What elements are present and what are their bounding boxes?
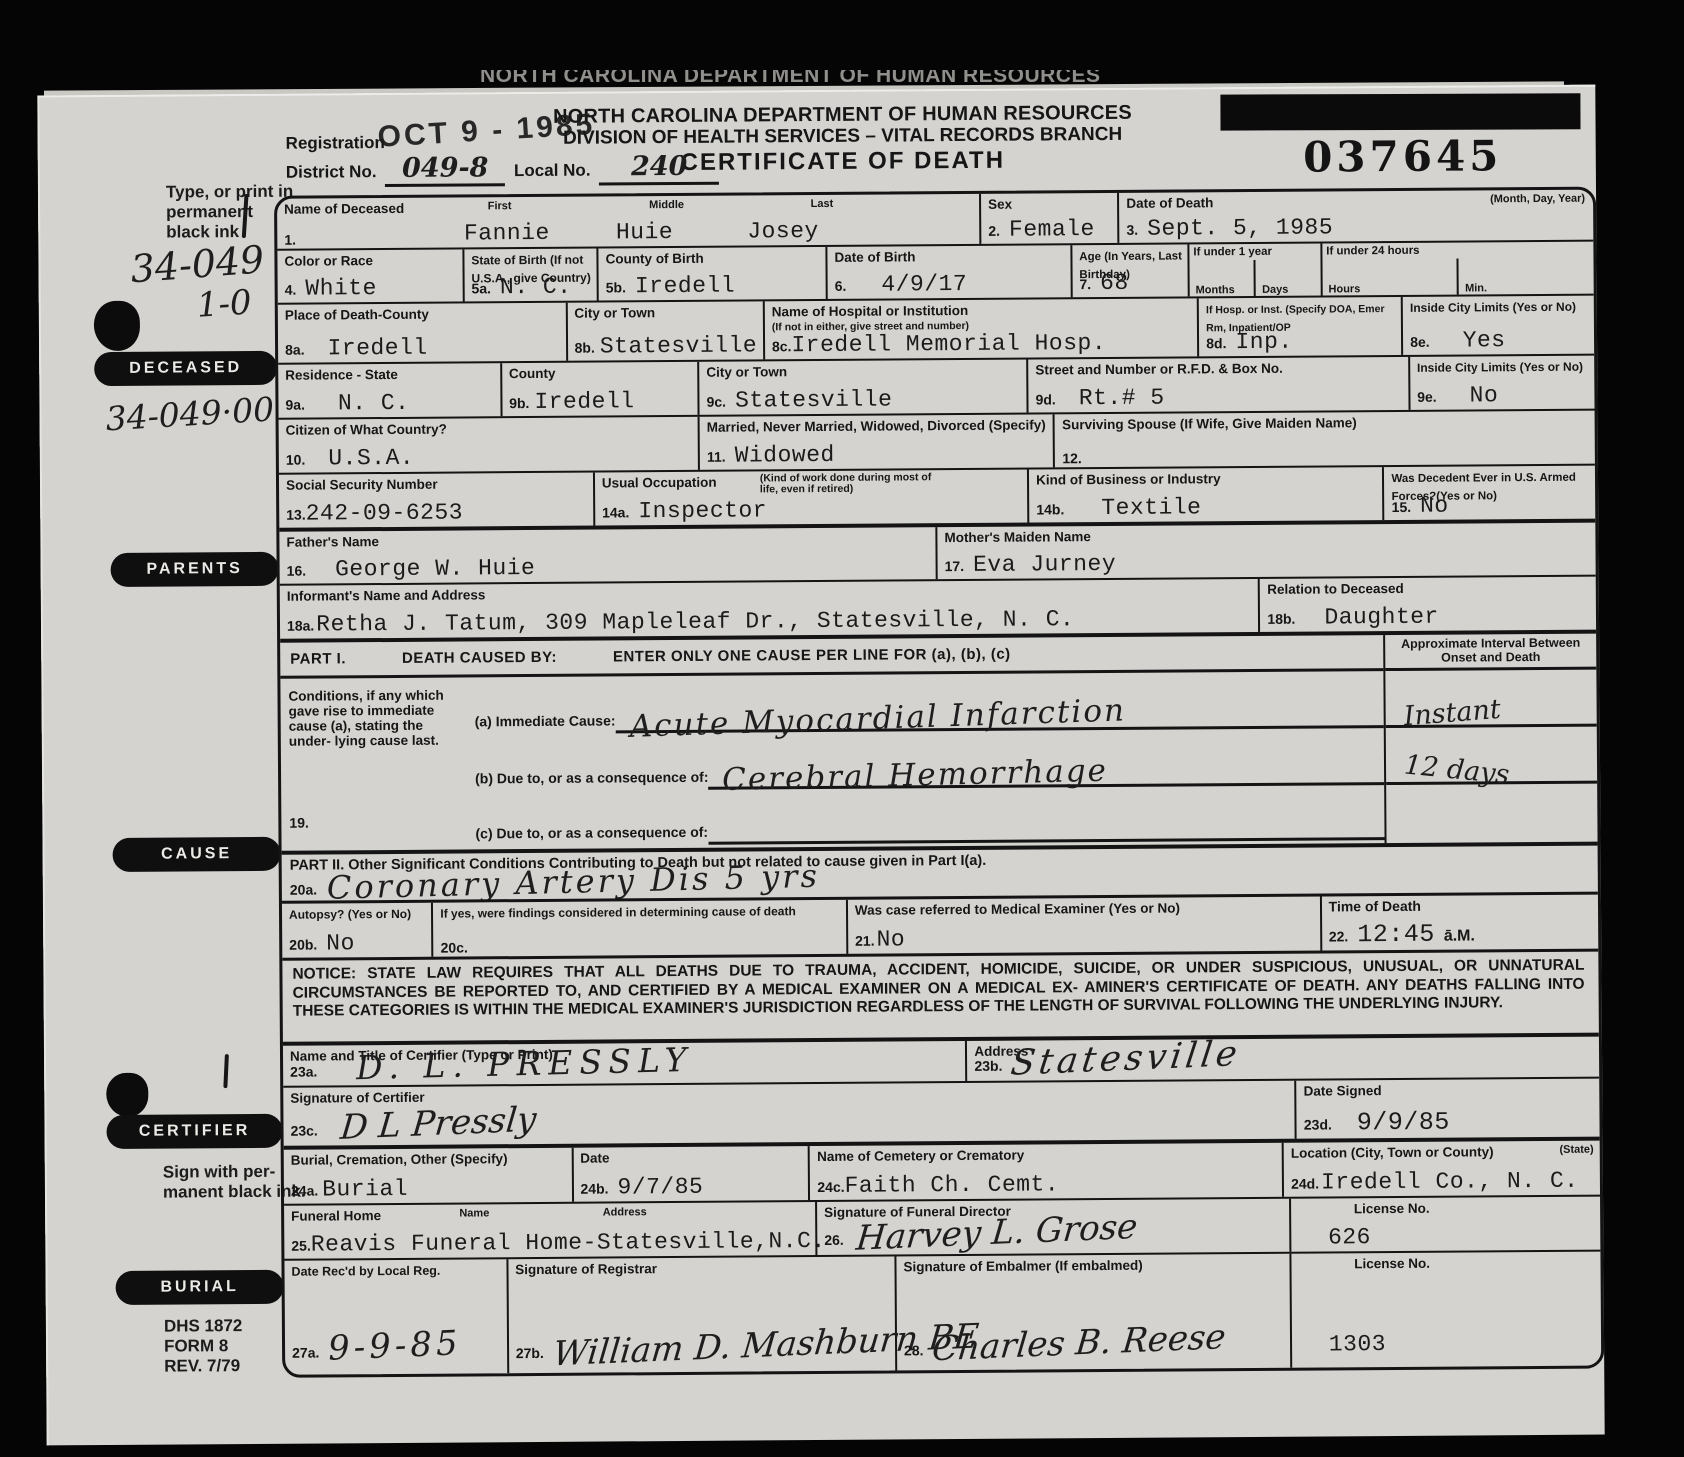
field-number: 23d. [1304,1116,1332,1132]
field-director-license: License No. 626 [1291,1197,1601,1252]
under-1-year-subcells: Months Days [1189,260,1320,297]
form-id-block: DHS 1872 FORM 8 REV. 7/79 [164,1316,243,1377]
field-date-of-death: Date of Death (Month, Day, Year) 3.Sept.… [1119,190,1593,243]
field-number: 24c. [817,1179,844,1195]
field-value: Burial [322,1176,408,1203]
field-number: 9c. [707,394,727,410]
field-value: Textile [1101,494,1201,521]
field-number: 9a. [285,397,305,413]
part2-value-line: 20a. Coronary Artery Dis 5 yrs [290,861,821,903]
field-value: Sept. 5, 1985 [1147,214,1333,241]
district-no-label: District No. [286,162,377,182]
field-number: 14a. [602,504,629,520]
field-label: Name of Hospital or Institution [772,303,969,319]
cause-line-b-rule: Cerebral Hemorrhage [708,728,1384,790]
field-residence-county: County 9b.Iredell [502,362,700,416]
funeral-director-signature-handwritten: Harvey L. Grose [855,1207,1140,1259]
field-label: Surviving Spouse (If Wife, Give Maiden N… [1062,415,1357,432]
tab-label: PARENTS [146,560,242,579]
cause-line-b-label: (b) Due to, or as a consequence of: [475,769,709,792]
tab-label: CAUSE [161,845,232,863]
cause-line-b: (b) Due to, or as a consequence of: Cere… [469,728,1384,791]
first-label: First [488,200,512,212]
field-label: County [509,366,556,381]
field-label: Residence - State [285,367,398,383]
scanned-page-background: NORTH CAROLINA DEPARTMENT OF HUMAN RESOU… [0,0,1684,1457]
field-date-received: Date Rec'd by Local Reg. 27a.9-9-85 [284,1259,509,1375]
field-label: Mother's Maiden Name [944,529,1091,545]
field-number: 27a. [292,1345,319,1361]
registration-label-line2: District No. 049-8 Local No. 240 [286,150,724,187]
middle-label: Middle [649,199,684,211]
local-no-value: 240 [599,150,719,185]
cause-line-a-rule: Acute Myocardial Infarction [615,671,1384,733]
field-label: Location (City, Town or County) [1291,1144,1494,1160]
field-number: 8d. [1206,335,1226,351]
field-label: Date Rec'd by Local Reg. [291,1264,440,1279]
name-sublabel: Name [459,1207,489,1219]
section-tab-parents: PARENTS [111,552,279,587]
field-surviving-spouse: Surviving Spouse (If Wife, Give Maiden N… [1055,411,1595,468]
middle-name-value: Huie [616,219,673,245]
field-number: 23b. [974,1058,1002,1074]
field-label: Funeral Home [291,1208,381,1224]
field-label: Citizen of What Country? [286,422,447,438]
field-number: 5a. [471,280,491,296]
field-label: Date [580,1150,609,1165]
row-ssn-occupation: Social Security Number 13.242-09-6253 Us… [279,464,1595,528]
cause-line-c: (c) Due to, or as a consequence of: [469,785,1384,846]
field-number: 27b. [516,1345,544,1361]
field-registrar-signature: Signature of Registrar 27b.William D. Ma… [508,1256,897,1373]
field-label: Name of Cemetery or Crematory [817,1148,1024,1164]
field-value: 242-09-6253 [306,499,464,526]
death-caused-by-label: DEATH CAUSED BY: [402,649,557,667]
field-if-under-24-hours: If under 24 hours Hours Min. [1322,242,1593,296]
field-label: Date of Death [1126,195,1213,211]
field-value: White [305,275,377,301]
field-value: 12:45 [1357,920,1435,950]
field-certifier-name-title: Name and Title of Certifier (Type or Pri… [283,1041,968,1086]
row-residence: Residence - State 9a.N. C. County 9b.Ire… [278,354,1594,418]
field-label: Autopsy? (Yes or No) [289,907,411,922]
field-number: 9b. [509,395,529,411]
field-citizen: Citizen of What Country? 10.U.S.A. [279,417,700,473]
date-received-handwritten: 9-9-85 [328,1323,463,1369]
section-tab-deceased: DECEASED [94,351,277,386]
row-funeral-home: Funeral Home Name Address 25.Reavis Fune… [284,1195,1600,1259]
field-value: Faith Ch. Cemt. [844,1171,1059,1198]
field-autopsy: Autopsy? (Yes or No) 20b.No [282,903,434,958]
form-id-line2: FORM 8 [164,1336,243,1357]
field-label: If under 1 year [1193,246,1272,259]
field-number: 24b. [580,1180,608,1196]
margin-code-3: 34-049·00 [105,389,276,438]
field-color-or-race: Color or Race 4.White [277,249,464,302]
field-ssn: Social Security Number 13.242-09-6253 [279,473,595,528]
field-number: 18b. [1267,611,1295,627]
certifier-name-handwritten: D. L. PRESSLY [356,1040,694,1087]
section-tab-certifier: CERTIFIER [106,1114,282,1149]
certificate-number: 037645 [1218,131,1588,183]
field-informant: Informant's Name and Address 18a.Retha J… [280,579,1261,639]
field-embalmer-license: License No. 1303 [1291,1252,1601,1368]
field-number: 5b. [606,279,626,295]
field-number: 23c. [290,1123,317,1139]
row-birth-age: Color or Race 4.White State of Birth (If… [277,240,1593,303]
form-id-line1: DHS 1872 [164,1316,243,1337]
field-label: Kind of Business or Industry [1036,471,1221,487]
field-value: Statesville [600,332,758,359]
field-number: 1. [284,232,296,248]
field-number: 24d. [1291,1176,1319,1192]
field-value: 68 [1100,270,1129,296]
part1-label: PART I. [290,650,346,667]
field-label: If yes, were findings considered in dete… [440,904,796,920]
field-number: 8a. [285,342,305,358]
field-cemetery: Name of Cemetery or Crematory 24c.Faith … [810,1143,1284,1200]
margin-code-2: 1-0 [196,283,253,326]
field-disposition-location: Location (City, Town or County) (State) … [1284,1141,1600,1197]
field-armed-forces: Was Decedent Ever in U.S. Armed Forces?(… [1384,466,1595,520]
tab-label: DECEASED [129,359,242,378]
days-subcell: Days [1256,260,1321,296]
field-number: 17. [945,558,965,574]
cause-line-c-rule [708,785,1385,845]
field-label: Place of Death-County [285,307,429,323]
field-sublabel: (Month, Day, Year) [1490,193,1585,206]
field-findings: If yes, were findings considered in dete… [433,900,848,957]
first-name-value: Fannie [464,220,550,247]
field-label: Was case referred to Medical Examiner (Y… [855,900,1180,917]
certifier-signature-handwritten: D L Pressly [339,1099,538,1147]
row-informant: Informant's Name and Address 18a.Retha J… [280,575,1596,639]
field-referred-to-examiner: Was case referred to Medical Examiner (Y… [848,897,1322,954]
field-value: Statesville [735,386,893,413]
field-label: City or Town [574,305,655,321]
field-inside-city-limits-8e: Inside City Limits (Yes or No) 8e.Yes [1403,296,1594,355]
row-place-of-death: Place of Death-County 8a.Iredell City or… [278,294,1594,363]
field-residence-state: Residence - State 9a.N. C. [278,363,502,418]
min-label: Min. [1465,282,1487,294]
field-value: Female [1009,216,1095,243]
field-label: Married, Never Married, Widowed, Divorce… [707,417,1046,434]
field-relation: Relation to Deceased 18b.Daughter [1260,577,1596,632]
field-label: Date Signed [1304,1083,1382,1099]
interval-header: Approximate Interval Between Onset and D… [1385,634,1596,671]
field-hospital: Name of Hospital or Institution (If not … [765,298,1200,359]
under-24-hours-subcells: Hours Min. [1322,258,1593,296]
field-disposition: Burial, Cremation, Other (Specify) 24a.B… [284,1148,574,1204]
field-value: Iredell [635,273,735,300]
field-label: Name of Deceased [284,201,404,217]
field-number: 8e. [1410,334,1430,350]
field-marital-status: Married, Never Married, Widowed, Divorce… [700,414,1056,469]
field-number: 21. [855,933,875,949]
field-county-of-birth: County of Birth 5b.Iredell [598,247,827,301]
field-funeral-director-signature: Signature of Funeral Director 26.Harvey … [817,1199,1291,1255]
field-label: Social Security Number [286,477,438,493]
field-label: Signature of Embalmer (If embalmed) [903,1258,1142,1275]
field-certifier-signature: Signature of Certifier 23c.D L Pressly [283,1081,1297,1146]
field-value: Eva Jurney [973,551,1116,578]
tab-label: CERTIFIER [139,1122,251,1141]
field-number: 22. [1329,928,1349,944]
field-inside-city-limits-9e: Inside City Limits (Yes or No) 9e.No [1410,356,1595,410]
field-number: 12. [1062,450,1082,466]
field-value: No [1420,493,1449,519]
field-number: 20c. [441,939,468,955]
address-sublabel: Address [603,1206,647,1218]
field-value: Iredell Memorial Hosp. [791,330,1106,358]
field-number: 3. [1126,222,1138,238]
section-tab-burial: BURIAL [116,1270,284,1305]
form-id-line3: REV. 7/79 [164,1356,243,1377]
field-value: Iredell [327,335,427,362]
field-if-under-1-year: If under 1 year Months Days [1189,243,1322,296]
row-parents: Father's Name 16.George W. Huie Mother's… [279,519,1595,584]
notice-text: NOTICE: STATE LAW REQUIRES THAT ALL DEAT… [292,957,1584,1020]
field-number: 6. [835,278,847,294]
field-label: County of Birth [605,251,703,267]
local-no-label: Local No. [514,160,591,180]
certificate-form: Name of Deceased First Middle Last 1. Fa… [274,187,1604,1378]
field-place-of-death-city: City or Town 8b.Statesville [567,301,765,360]
field-value: No [1470,382,1499,408]
field-number: 28. [904,1342,924,1358]
conditions-note: Conditions, if any which gave rise to im… [288,687,466,749]
one-cause-per-line-label: ENTER ONLY ONE CAUSE PER LINE FOR (a), (… [613,646,1011,666]
redaction-bar [1220,93,1580,130]
field-label: Date of Birth [834,249,915,265]
field-value: Iredell Co., N. C. [1321,1168,1579,1196]
ink-blob [106,1073,148,1117]
interval-b-cell: 12 days [1386,727,1597,785]
embalmer-signature-handwritten: Charles B. Reese [931,1317,1228,1369]
part1-cause-of-death: PART I. DEATH CAUSED BY: ENTER ONLY ONE … [280,630,1597,851]
field-mother-maiden-name: Mother's Maiden Name 17.Eva Jurney [937,523,1595,580]
pen-mark [223,1054,229,1088]
field-number: 11. [707,449,726,465]
field-value: 9/9/85 [1357,1108,1450,1138]
hours-subcell: Hours [1322,259,1459,296]
field-number: 24a. [291,1183,318,1199]
field-label: Inside City Limits (Yes or No) [1417,360,1583,375]
interval-column: Approximate Interval Between Onset and D… [1383,634,1597,843]
field-number: 9e. [1417,389,1437,405]
cause-line-c-label: (c) Due to, or as a consequence of: [475,824,708,847]
field-hospital-type: If Hosp. or Inst. (Specify DOA, Emer Rm,… [1199,297,1403,356]
field-number: 7. [1079,276,1091,292]
field-state-of-birth: State of Birth (If not U.S.A., give Coun… [464,249,599,302]
field-label: Signature of Registrar [515,1261,657,1277]
row-name-sex-dod: Name of Deceased First Middle Last 1. Fa… [277,190,1593,249]
field-value: 626 [1328,1224,1371,1250]
field-label: Informant's Name and Address [287,587,486,603]
cause-line-a-label: (a) Immediate Cause: [475,712,616,734]
state-sublabel: (State) [1559,1144,1593,1156]
field-value: N. C. [338,390,410,416]
field-value: Rt.# 5 [1079,385,1165,412]
field-number: 20b. [289,937,317,953]
row-certifier-signature: Signature of Certifier 23c.D L Pressly D… [283,1077,1599,1146]
field-name-of-deceased: Name of Deceased First Middle Last 1. Fa… [277,194,981,249]
field-number: 8c. [772,338,792,354]
field-number: 16. [287,563,307,579]
hours-label: Hours [1328,283,1360,295]
field-date-signed: Date Signed 23d.9/9/85 [1297,1079,1600,1139]
field-value: Reavis Funeral Home-Statesville,N.C. [311,1228,826,1258]
field-label: License No. [1354,1201,1430,1217]
field-number: 20a. [290,882,317,898]
row-citizen-marital: Citizen of What Country? 10.U.S.A. Marri… [279,409,1595,473]
row-autopsy-examiner: Autopsy? (Yes or No) 20b.No If yes, were… [282,892,1598,958]
field-time-of-death: Time of Death 22.12:45ā.M. [1322,895,1599,951]
part2-conditions: PART II. Other Significant Conditions Co… [282,842,1598,901]
field-place-of-death-county: Place of Death-County 8a.Iredell [278,303,568,363]
field-number: 8b. [575,340,595,356]
field-age: Age (In Years, Last Birthday) 7.68 [1072,244,1189,297]
field-funeral-home: Funeral Home Name Address 25.Reavis Fune… [284,1202,817,1259]
field-value: 1303 [1329,1331,1386,1357]
field-label: Street and Number or R.F.D. & Box No. [1035,361,1283,378]
field-value: No [326,930,355,956]
am-pm-suffix: ā.M. [1444,927,1475,945]
field-number: 9d. [1036,391,1056,407]
field-occupation: Usual Occupation (Kind of work done duri… [595,470,1030,526]
row-registrar: Date Rec'd by Local Reg. 27a.9-9-85 Sign… [284,1250,1601,1375]
section-tab-cause: CAUSE [112,837,280,872]
min-subcell: Min. [1459,258,1594,295]
field-number: 18a. [287,618,314,634]
field-label: City or Town [706,364,787,380]
field-value: Daughter [1324,604,1439,631]
field-sex: Sex 2.Female [981,193,1120,244]
field-industry: Kind of Business or Industry 14b.Textile [1029,467,1385,522]
conditions-note-cell: Conditions, if any which gave rise to im… [280,677,469,850]
field-value: 9/7/85 [617,1174,703,1201]
field-residence-street: Street and Number or R.F.D. & Box No. 9d… [1028,357,1410,413]
field-date-of-birth: Date of Birth 6.4/9/17 [827,245,1072,299]
field-value: Inp. [1235,329,1292,355]
field-number: 13. [286,507,306,523]
field-father-name: Father's Name 16.George W. Huie [279,527,937,584]
field-value: Inspector [638,497,767,524]
row-disposition: Burial, Cremation, Other (Specify) 24a.B… [284,1137,1600,1204]
certifier-address-handwritten: Statesville [1009,1034,1244,1084]
field-disposition-date: Date 24b.9/7/85 [573,1146,810,1202]
field-number: 10. [286,452,306,468]
field-certifier-address: Address 23b.Statesville [967,1037,1599,1081]
field-number: 2. [988,223,1000,239]
field-number: 14b. [1036,501,1064,517]
last-label: Last [811,198,834,210]
field-label: Burial, Cremation, Other (Specify) [291,1151,508,1168]
field-number: 23a. [290,1064,317,1080]
field-value: 4/9/17 [881,271,967,298]
field-value: N. C. [500,274,572,300]
months-subcell: Months [1189,260,1256,296]
field-label: Inside City Limits (Yes or No) [1410,300,1576,315]
field-label: License No. [1354,1256,1430,1272]
field-label: Sex [988,197,1012,212]
field-number: 4. [285,282,297,298]
field-label: Color or Race [284,253,373,269]
ink-blob [94,301,140,351]
field-number: 15. [1392,499,1412,515]
field-value: Widowed [735,442,835,469]
interval-a-cell: Instant [1385,670,1596,728]
months-label: Months [1196,284,1235,296]
interval-c-cell [1386,784,1597,840]
field-label: Usual Occupation [602,475,717,491]
field-value: U.S.A. [328,445,414,472]
item-19-number: 19. [289,815,309,831]
field-label: Time of Death [1329,898,1421,915]
field-residence-city: City or Town 9c.Statesville [699,360,1028,415]
field-embalmer-signature: Signature of Embalmer (If embalmed) 28.C… [896,1254,1292,1371]
medical-examiner-notice: NOTICE: STATE LAW REQUIRES THAT ALL DEAT… [282,949,1599,1042]
field-value: No [876,926,905,952]
field-label: If under 24 hours [1326,245,1419,258]
last-name-value: Josey [747,218,819,244]
field-value: Yes [1463,327,1506,353]
field-value: Iredell [534,388,634,415]
field-label: Relation to Deceased [1267,581,1404,597]
field-label: Father's Name [286,534,379,550]
cause-line-a: (a) Immediate Cause: Acute Myocardial In… [468,671,1383,734]
field-value: Retha J. Tatum, 309 Mapleleaf Dr., State… [316,606,1074,637]
days-label: Days [1262,284,1288,296]
field-number: 26. [824,1232,844,1248]
field-value: George W. Huie [335,555,535,582]
field-sublabel: (Kind of work done during most of life, … [760,472,940,495]
district-no-value: 049-8 [385,152,505,187]
tab-label: BURIAL [160,1278,239,1297]
field-number: 25. [291,1238,311,1254]
death-certificate-document: NORTH CAROLINA DEPARTMENT OF HUMAN RESOU… [37,85,1604,1446]
